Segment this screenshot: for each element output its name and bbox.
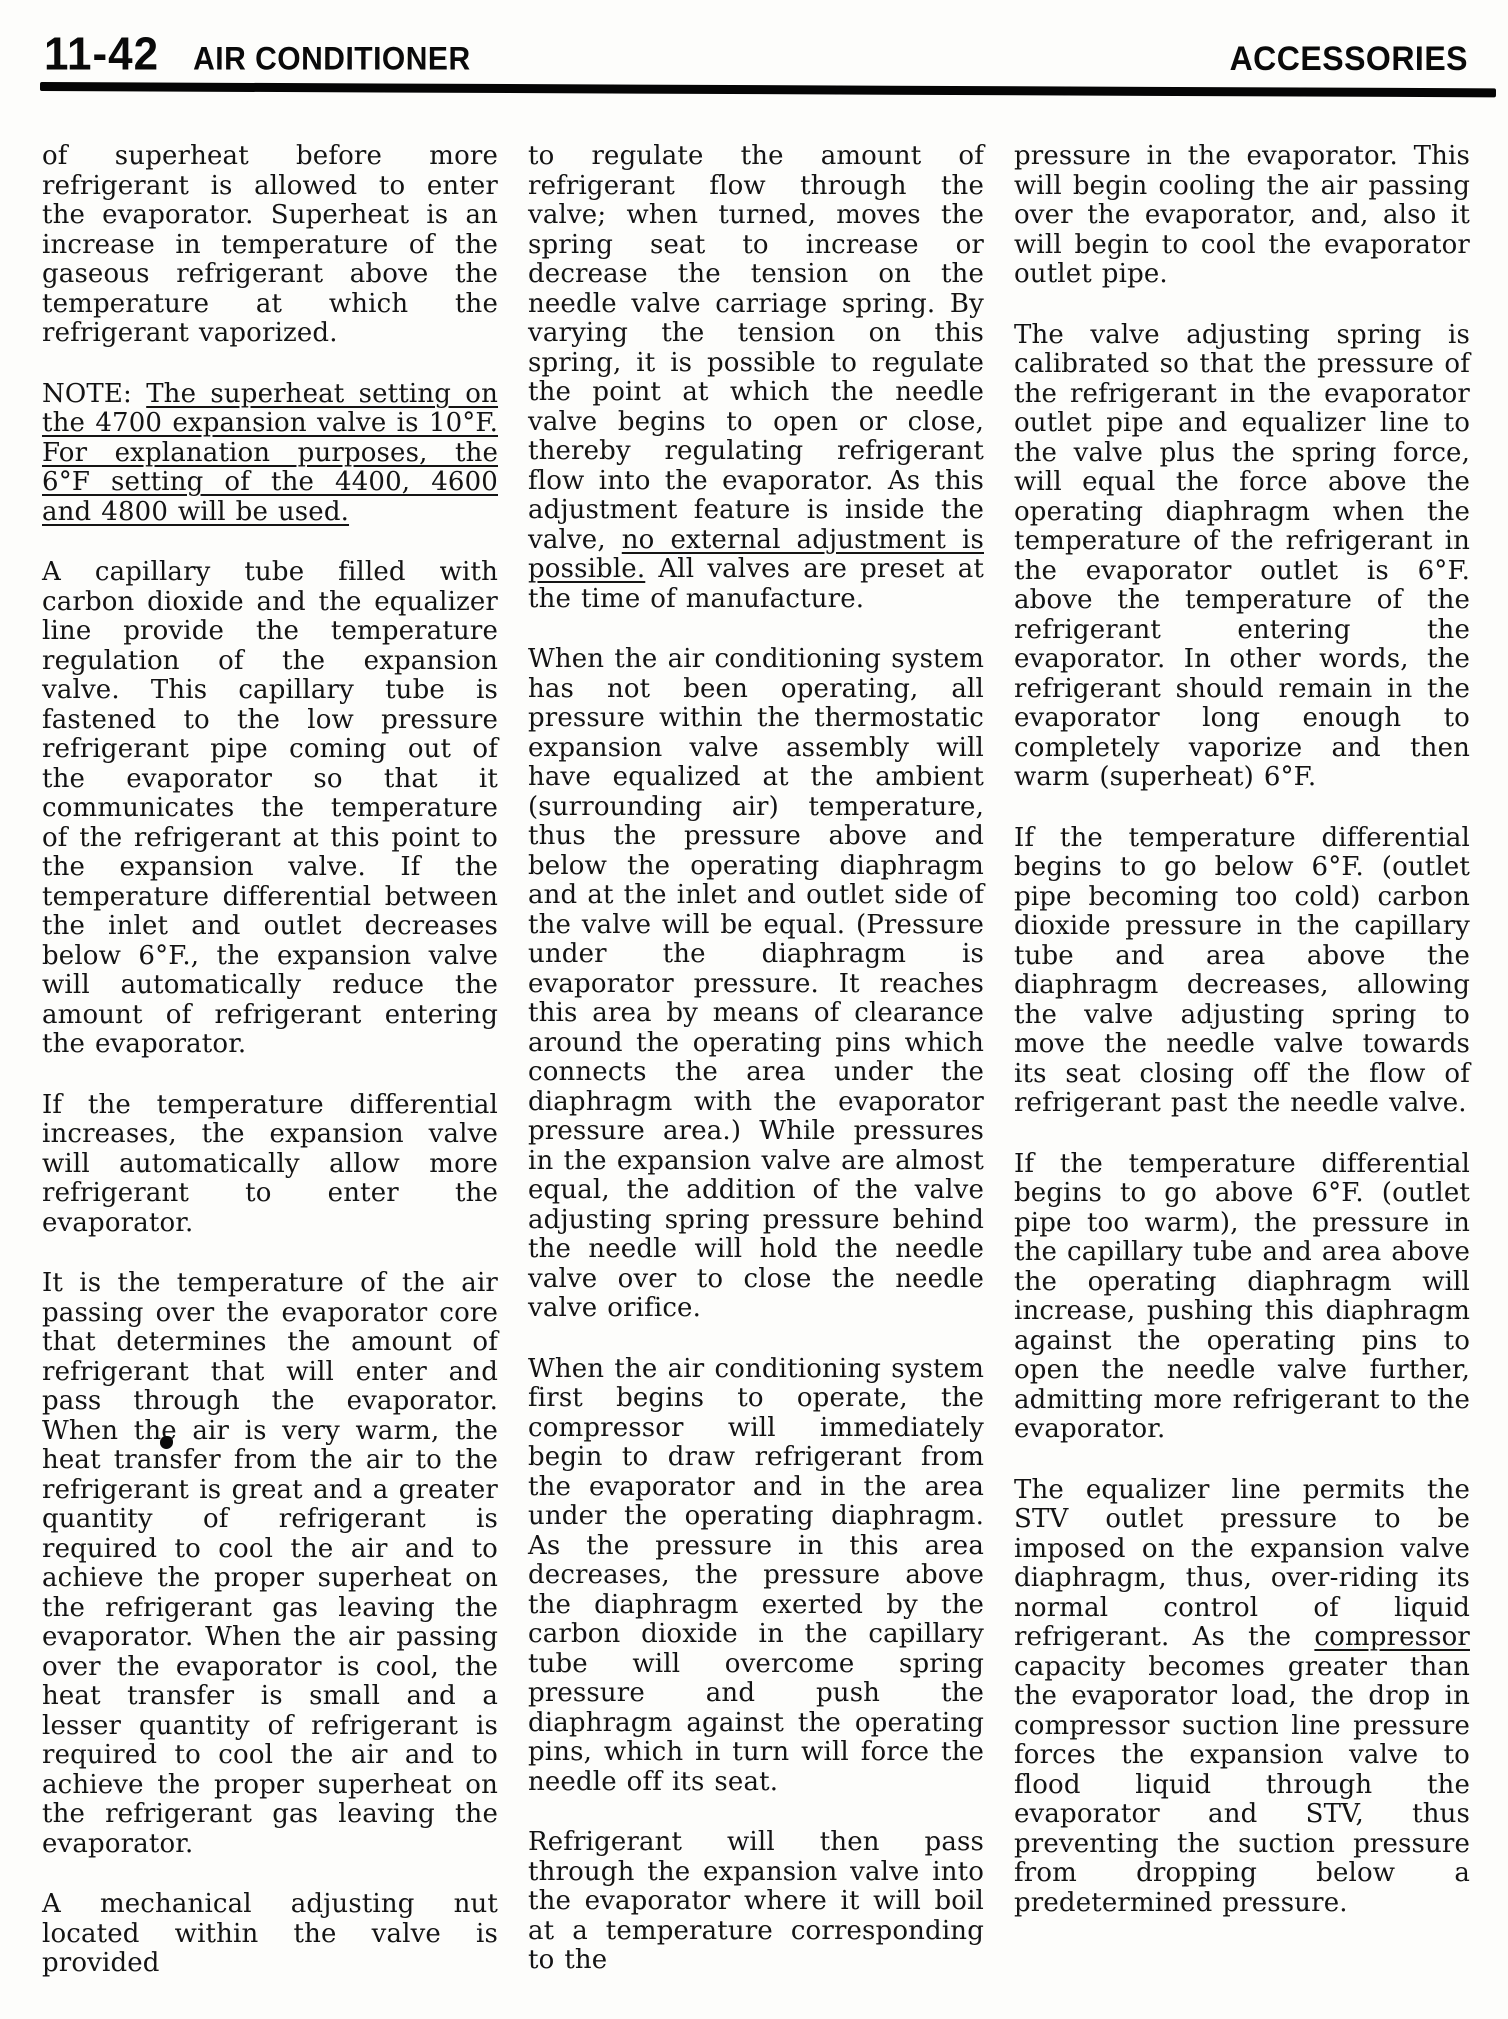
paragraph-text: capacity becomes greater than the evapor… xyxy=(1014,1652,1470,1918)
column-3: pressure in the evaporator. This will be… xyxy=(1014,142,1470,1979)
paragraph: When the air conditioning system has not… xyxy=(528,645,984,1324)
paragraph-text: to regulate the amount of refrigerant fl… xyxy=(528,141,984,555)
manual-page: 11-42 AIR CONDITIONER ACCESSORIES of sup… xyxy=(0,0,1508,2019)
paragraph: A mechanical adjusting nut located withi… xyxy=(42,1890,498,1979)
running-head-left: 11-42 AIR CONDITIONER xyxy=(44,30,471,80)
paragraph: of superheat before more refrigerant is … xyxy=(42,142,498,349)
column-1: of superheat before more refrigerant is … xyxy=(42,142,498,1979)
section-title-right: ACCESSORIES xyxy=(1230,39,1468,79)
running-head: 11-42 AIR CONDITIONER ACCESSORIES xyxy=(44,30,1468,80)
paragraph: When the air conditioning system first b… xyxy=(528,1355,984,1798)
header-rule xyxy=(40,82,1496,97)
paragraph: to regulate the amount of refrigerant fl… xyxy=(528,142,984,614)
paragraph: Refrigerant will then pass through the e… xyxy=(528,1828,984,1976)
section-title-left: AIR CONDITIONER xyxy=(193,42,471,79)
text-columns: of superheat before more refrigerant is … xyxy=(42,142,1470,1979)
column-2: to regulate the amount of refrigerant fl… xyxy=(528,142,984,1979)
paragraph: If the temperature differential increase… xyxy=(42,1091,498,1239)
page-number: 11-42 xyxy=(44,29,159,82)
note-label: NOTE: xyxy=(42,379,146,409)
paragraph: It is the temperature of the air passing… xyxy=(42,1269,498,1859)
paragraph: The valve adjusting spring is calibrated… xyxy=(1014,321,1470,793)
paragraph: If the temperature differential begins t… xyxy=(1014,824,1470,1119)
paragraph: If the temperature differential begins t… xyxy=(1014,1150,1470,1445)
paragraph: A capillary tube filled with carbon diox… xyxy=(42,558,498,1060)
underlined-text: compressor xyxy=(1314,1622,1470,1652)
paragraph: The equalizer line permits the STV outle… xyxy=(1014,1476,1470,1919)
paragraph: pressure in the evaporator. This will be… xyxy=(1014,142,1470,290)
note-paragraph: NOTE: The superheat setting on the 4700 … xyxy=(42,380,498,528)
